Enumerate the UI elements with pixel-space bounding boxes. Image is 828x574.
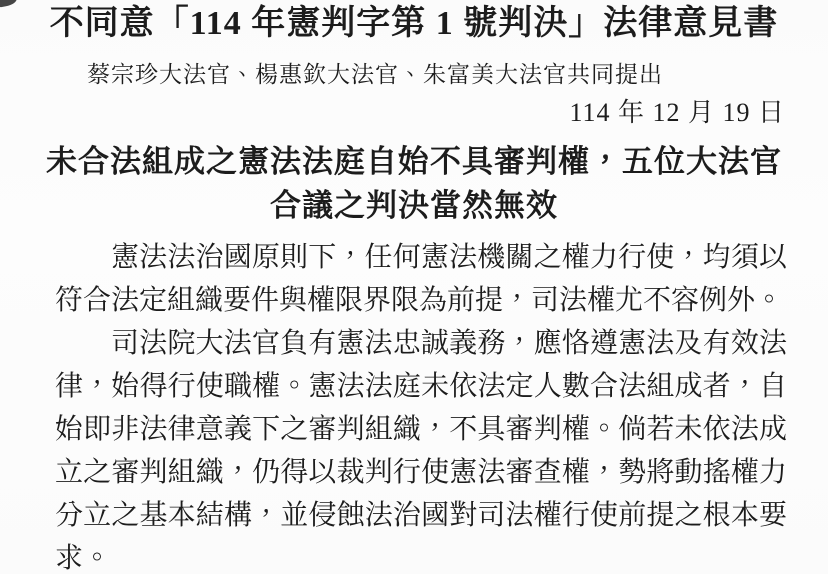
- body-line: 分立之基本結構，並侵蝕法治國對司法權行使前提之根本要: [55, 494, 787, 537]
- paragraph-2: 司法院大法官負有憲法忠誠義務，應恪遵憲法及有效法律，始得行使職權。憲法法庭未依法…: [55, 322, 787, 574]
- section-heading: 未合法組成之憲法法庭自始不具審判權，五位大法官 合議之判決當然無效: [0, 140, 828, 228]
- section-heading-line-2: 合議之判決當然無效: [0, 184, 828, 228]
- date-line: 114 年 12 月 19 日: [0, 96, 828, 130]
- scanned-document-page: 不同意「114 年憲判字第 1 號判決」法律意見書 蔡宗珍大法官、楊惠欽大法官、…: [0, 0, 828, 574]
- body-line: 求。: [55, 537, 787, 574]
- body-line: 律，始得行使職權。憲法法庭未依法定人數合法組成者，自: [55, 365, 787, 408]
- authors-line: 蔡宗珍大法官、楊惠欽大法官、朱富美大法官共同提出: [0, 59, 789, 91]
- body-line: 憲法法治國原則下，任何憲法機關之權力行使，均須以: [55, 236, 787, 279]
- body-line: 立之審判組織，仍得以裁判行使憲法審查權，勢將動搖權力: [55, 451, 787, 494]
- body-line: 符合法定組織要件與權限界限為前提，司法權尤不容例外。: [55, 279, 787, 322]
- body-line: 始即非法律意義下之審判組織，不具審判權。倘若未依法成: [55, 408, 787, 451]
- document-title: 不同意「114 年憲判字第 1 號判決」法律意見書: [0, 0, 828, 46]
- paragraph-1: 憲法法治國原則下，任何憲法機關之權力行使，均須以符合法定組織要件與權限界限為前提…: [55, 236, 787, 322]
- document-body: 憲法法治國原則下，任何憲法機關之權力行使，均須以符合法定組織要件與權限界限為前提…: [55, 236, 787, 574]
- section-heading-line-1: 未合法組成之憲法法庭自始不具審判權，五位大法官: [0, 140, 828, 184]
- body-line: 司法院大法官負有憲法忠誠義務，應恪遵憲法及有效法: [55, 322, 787, 365]
